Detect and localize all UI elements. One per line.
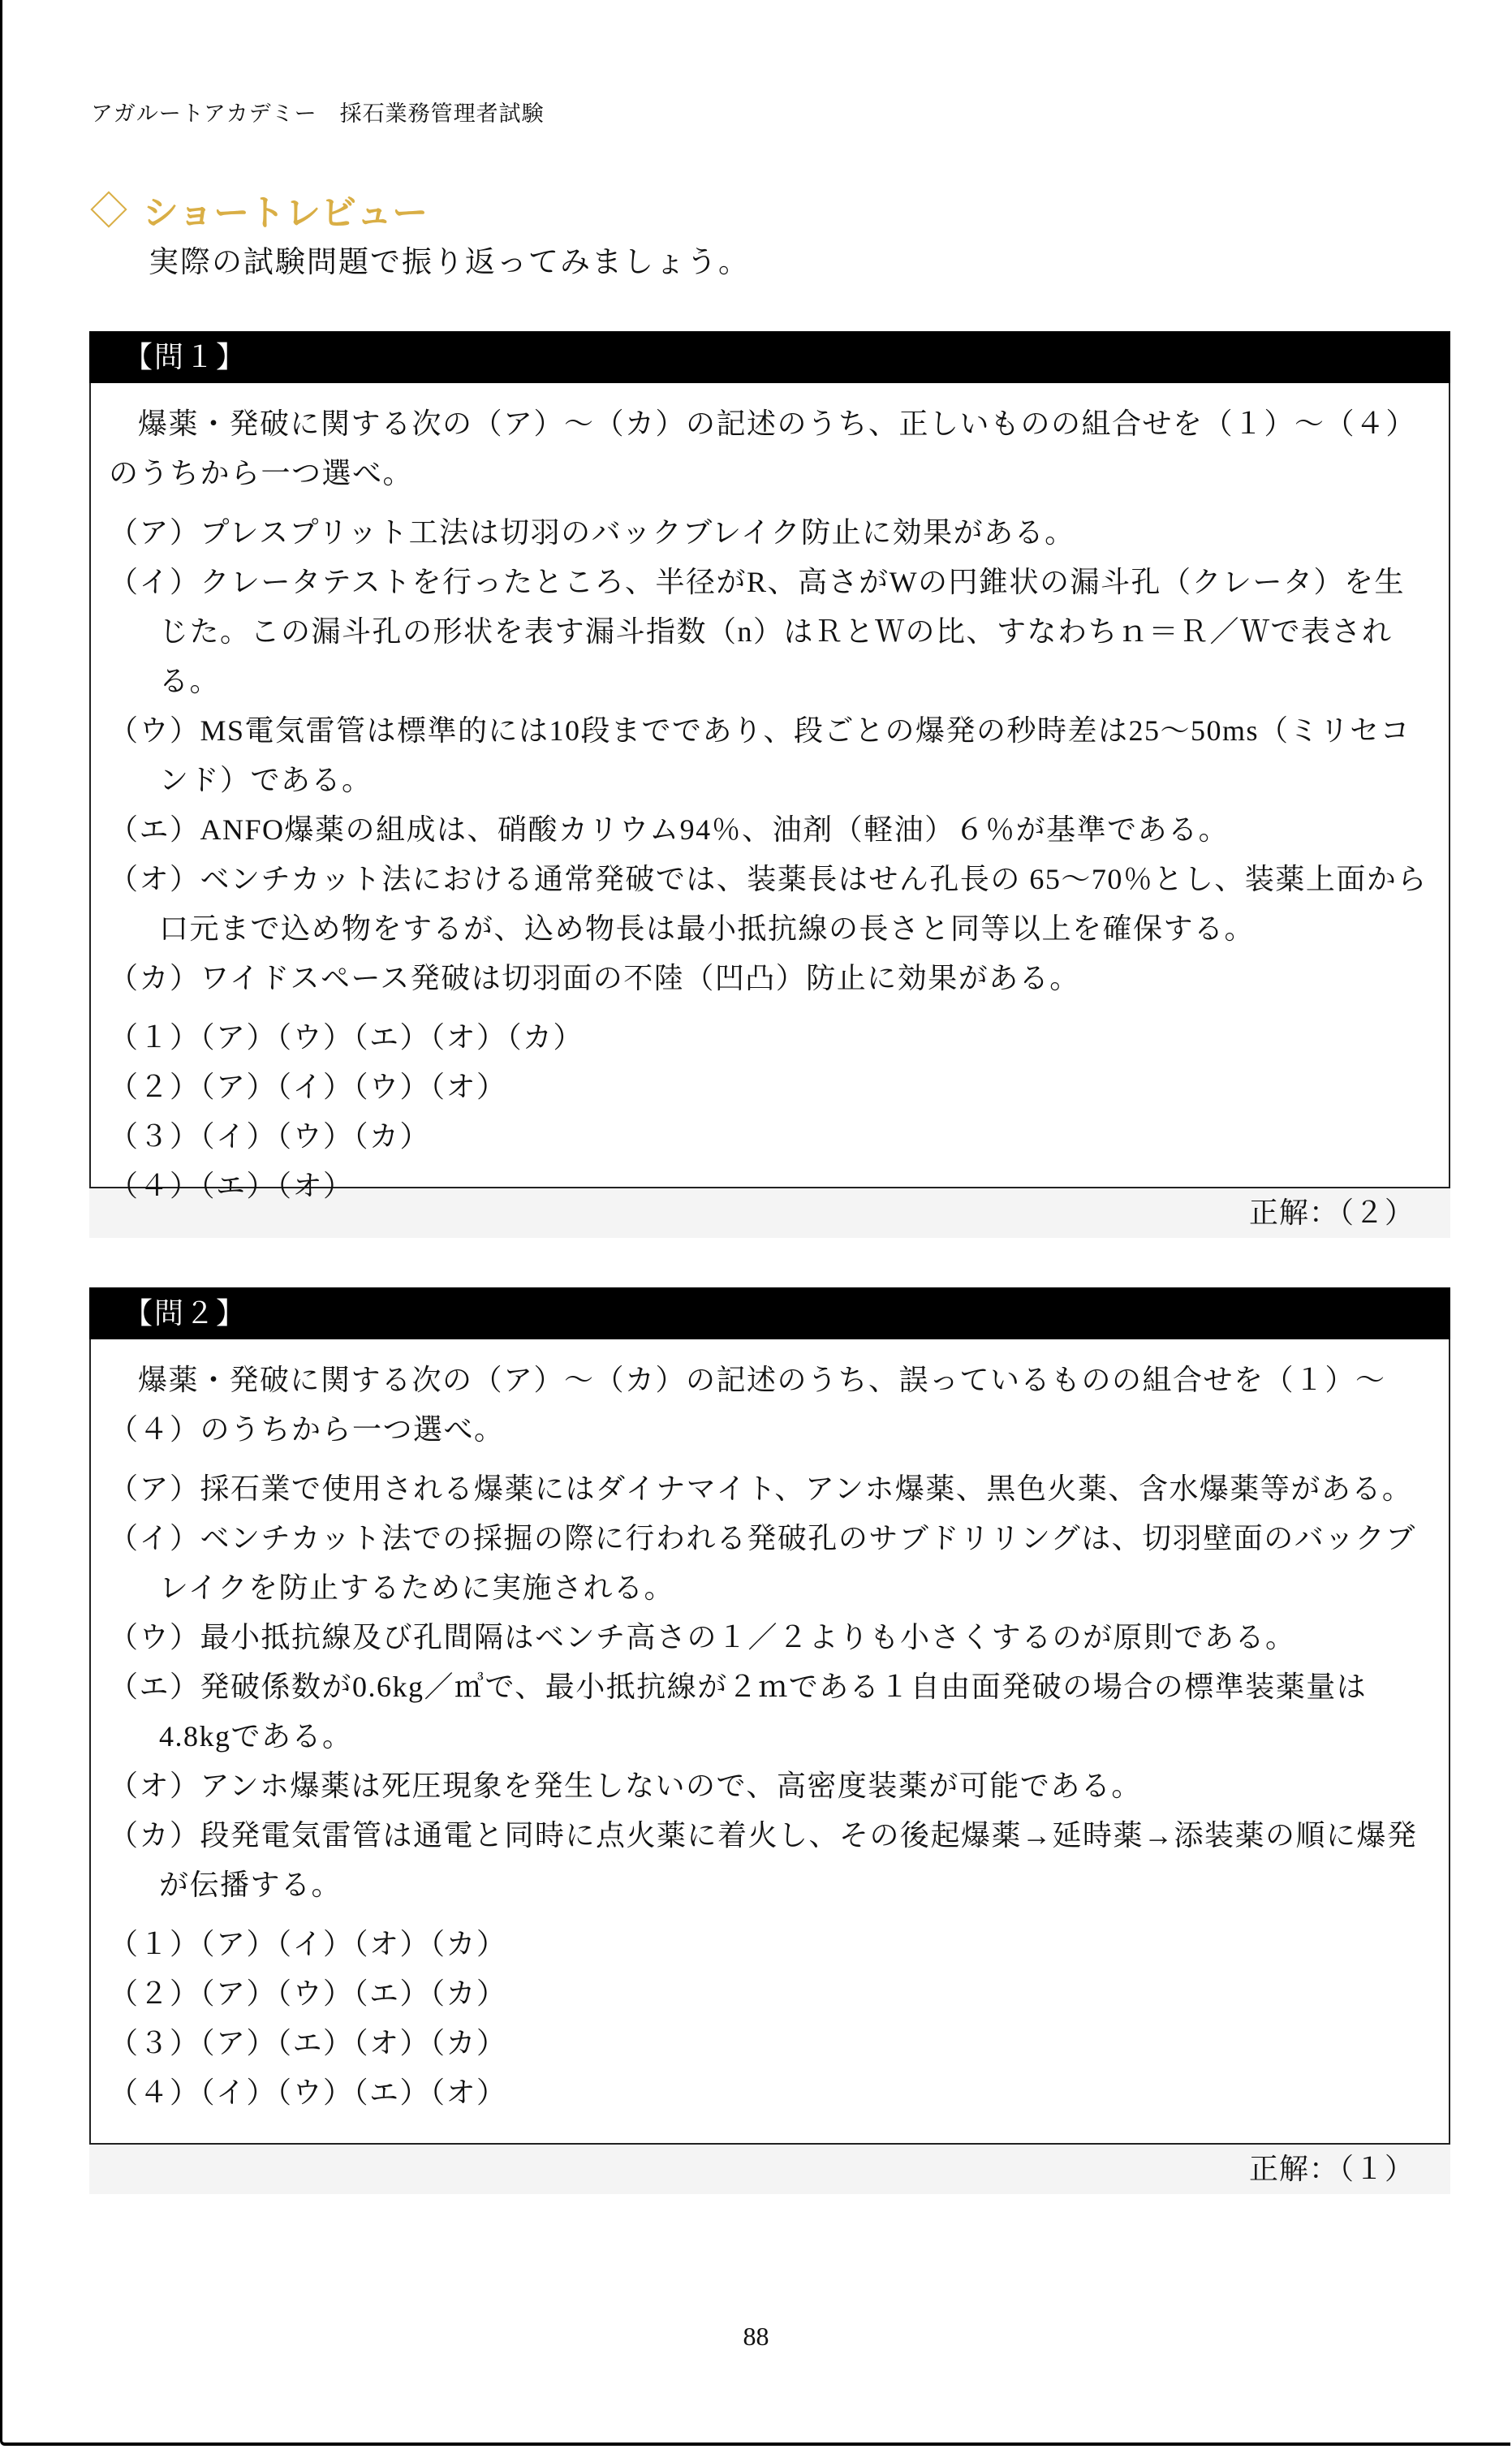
- choice-item: （２）（ア）（ウ）（エ）（カ）: [109, 1969, 1431, 2019]
- question-2: 【問２】 爆薬・発破に関する次の（ア）～（カ）の記述のうち、誤っているものの組合…: [89, 1287, 1450, 2194]
- question-header: 【問１】: [89, 331, 1450, 383]
- question-body: 爆薬・発破に関する次の（ア）～（カ）の記述のうち、誤っているものの組合せを（１）…: [89, 1339, 1450, 2145]
- question-body: 爆薬・発破に関する次の（ア）～（カ）の記述のうち、正しいものの組合せを（１）～（…: [89, 383, 1450, 1188]
- choice-item: （３）（イ）（ウ）（カ）: [109, 1112, 1431, 1162]
- diamond-outline-icon: [90, 191, 127, 227]
- section-title-text: ショートレビュー: [143, 183, 428, 235]
- question-intro: 爆薬・発破に関する次の（ア）～（カ）の記述のうち、誤っているものの組合せを（１）…: [109, 1339, 1431, 1455]
- statement-item: （エ）ANFO爆薬の組成は、硝酸カリウム94％、油剤（軽油）６％が基準である。: [109, 805, 1431, 855]
- statement-item: （カ）ワイドスペース発破は切羽面の不陸（凹凸）防止に効果がある。: [109, 954, 1431, 1003]
- choice-item: （１）（ア）（ウ）（エ）（オ）（カ）: [109, 1013, 1431, 1063]
- section-title: ショートレビュー: [88, 183, 428, 235]
- section-subtitle: 実際の試験問題で振り返ってみましょう。: [149, 237, 750, 281]
- question-intro: 爆薬・発破に関する次の（ア）～（カ）の記述のうち、正しいものの組合せを（１）～（…: [109, 383, 1431, 498]
- statement-item: （イ）ベンチカット法での採掘の際に行われる発破孔のサブドリリングは、切羽壁面のバ…: [109, 1514, 1431, 1613]
- answer-bar: 正解：（１）: [89, 2145, 1450, 2194]
- statement-item: （ア）プレスプリット工法は切羽のバックブレイク防止に効果がある。: [109, 508, 1431, 558]
- statement-item: （エ）発破係数が0.6kg／㎥で、最小抵抗線が２ｍである１自由面発破の場合の標準…: [109, 1662, 1431, 1761]
- question-1: 【問１】 爆薬・発破に関する次の（ア）～（カ）の記述のうち、正しいものの組合せを…: [89, 331, 1450, 1238]
- choice-item: （４）（イ）（ウ）（エ）（オ）: [109, 2068, 1431, 2118]
- choice-item: （４）（エ）（オ）: [109, 1162, 1431, 1211]
- running-head: アガルートアカデミー 採石業務管理者試験: [91, 96, 545, 127]
- statement-item: （オ）ベンチカット法における通常発破では、装薬長はせん孔長の 65～70％とし、…: [109, 855, 1431, 954]
- choice-list: （１）（ア）（イ）（オ）（カ） （２）（ア）（ウ）（エ）（カ） （３）（ア）（エ…: [109, 1920, 1431, 2118]
- statement-item: （ア）採石業で使用される爆薬にはダイナマイト、アンホ爆薬、黒色火薬、含水爆薬等が…: [109, 1464, 1431, 1514]
- statement-item: （オ）アンホ爆薬は死圧現象を発生しないので、高密度装薬が可能である。: [109, 1761, 1431, 1811]
- statement-item: （ウ）MS電気雷管は標準的には10段までであり、段ごとの爆発の秒時差は25～50…: [109, 706, 1431, 805]
- statement-item: （イ）クレータテストを行ったところ、半径がR、高さがWの円錐状の漏斗孔（クレータ…: [109, 558, 1431, 706]
- statement-item: （カ）段発電気雷管は通電と同時に点火薬に着火し、その後起爆薬→延時薬→添装薬の順…: [109, 1811, 1431, 1910]
- question-header: 【問２】: [89, 1287, 1450, 1339]
- statement-item: （ウ）最小抵抗線及び孔間隔はベンチ高さの１／２よりも小さくするのが原則である。: [109, 1613, 1431, 1662]
- choice-item: （２）（ア）（イ）（ウ）（オ）: [109, 1063, 1431, 1112]
- choice-list: （１）（ア）（ウ）（エ）（オ）（カ） （２）（ア）（イ）（ウ）（オ） （３）（イ…: [109, 1013, 1431, 1211]
- choice-item: （１）（ア）（イ）（オ）（カ）: [109, 1920, 1431, 1969]
- statement-list: （ア）プレスプリット工法は切羽のバックブレイク防止に効果がある。 （イ）クレータ…: [109, 508, 1431, 1003]
- choice-item: （３）（ア）（エ）（オ）（カ）: [109, 2019, 1431, 2068]
- page-number: 88: [0, 2322, 1512, 2352]
- statement-list: （ア）採石業で使用される爆薬にはダイナマイト、アンホ爆薬、黒色火薬、含水爆薬等が…: [109, 1464, 1431, 1910]
